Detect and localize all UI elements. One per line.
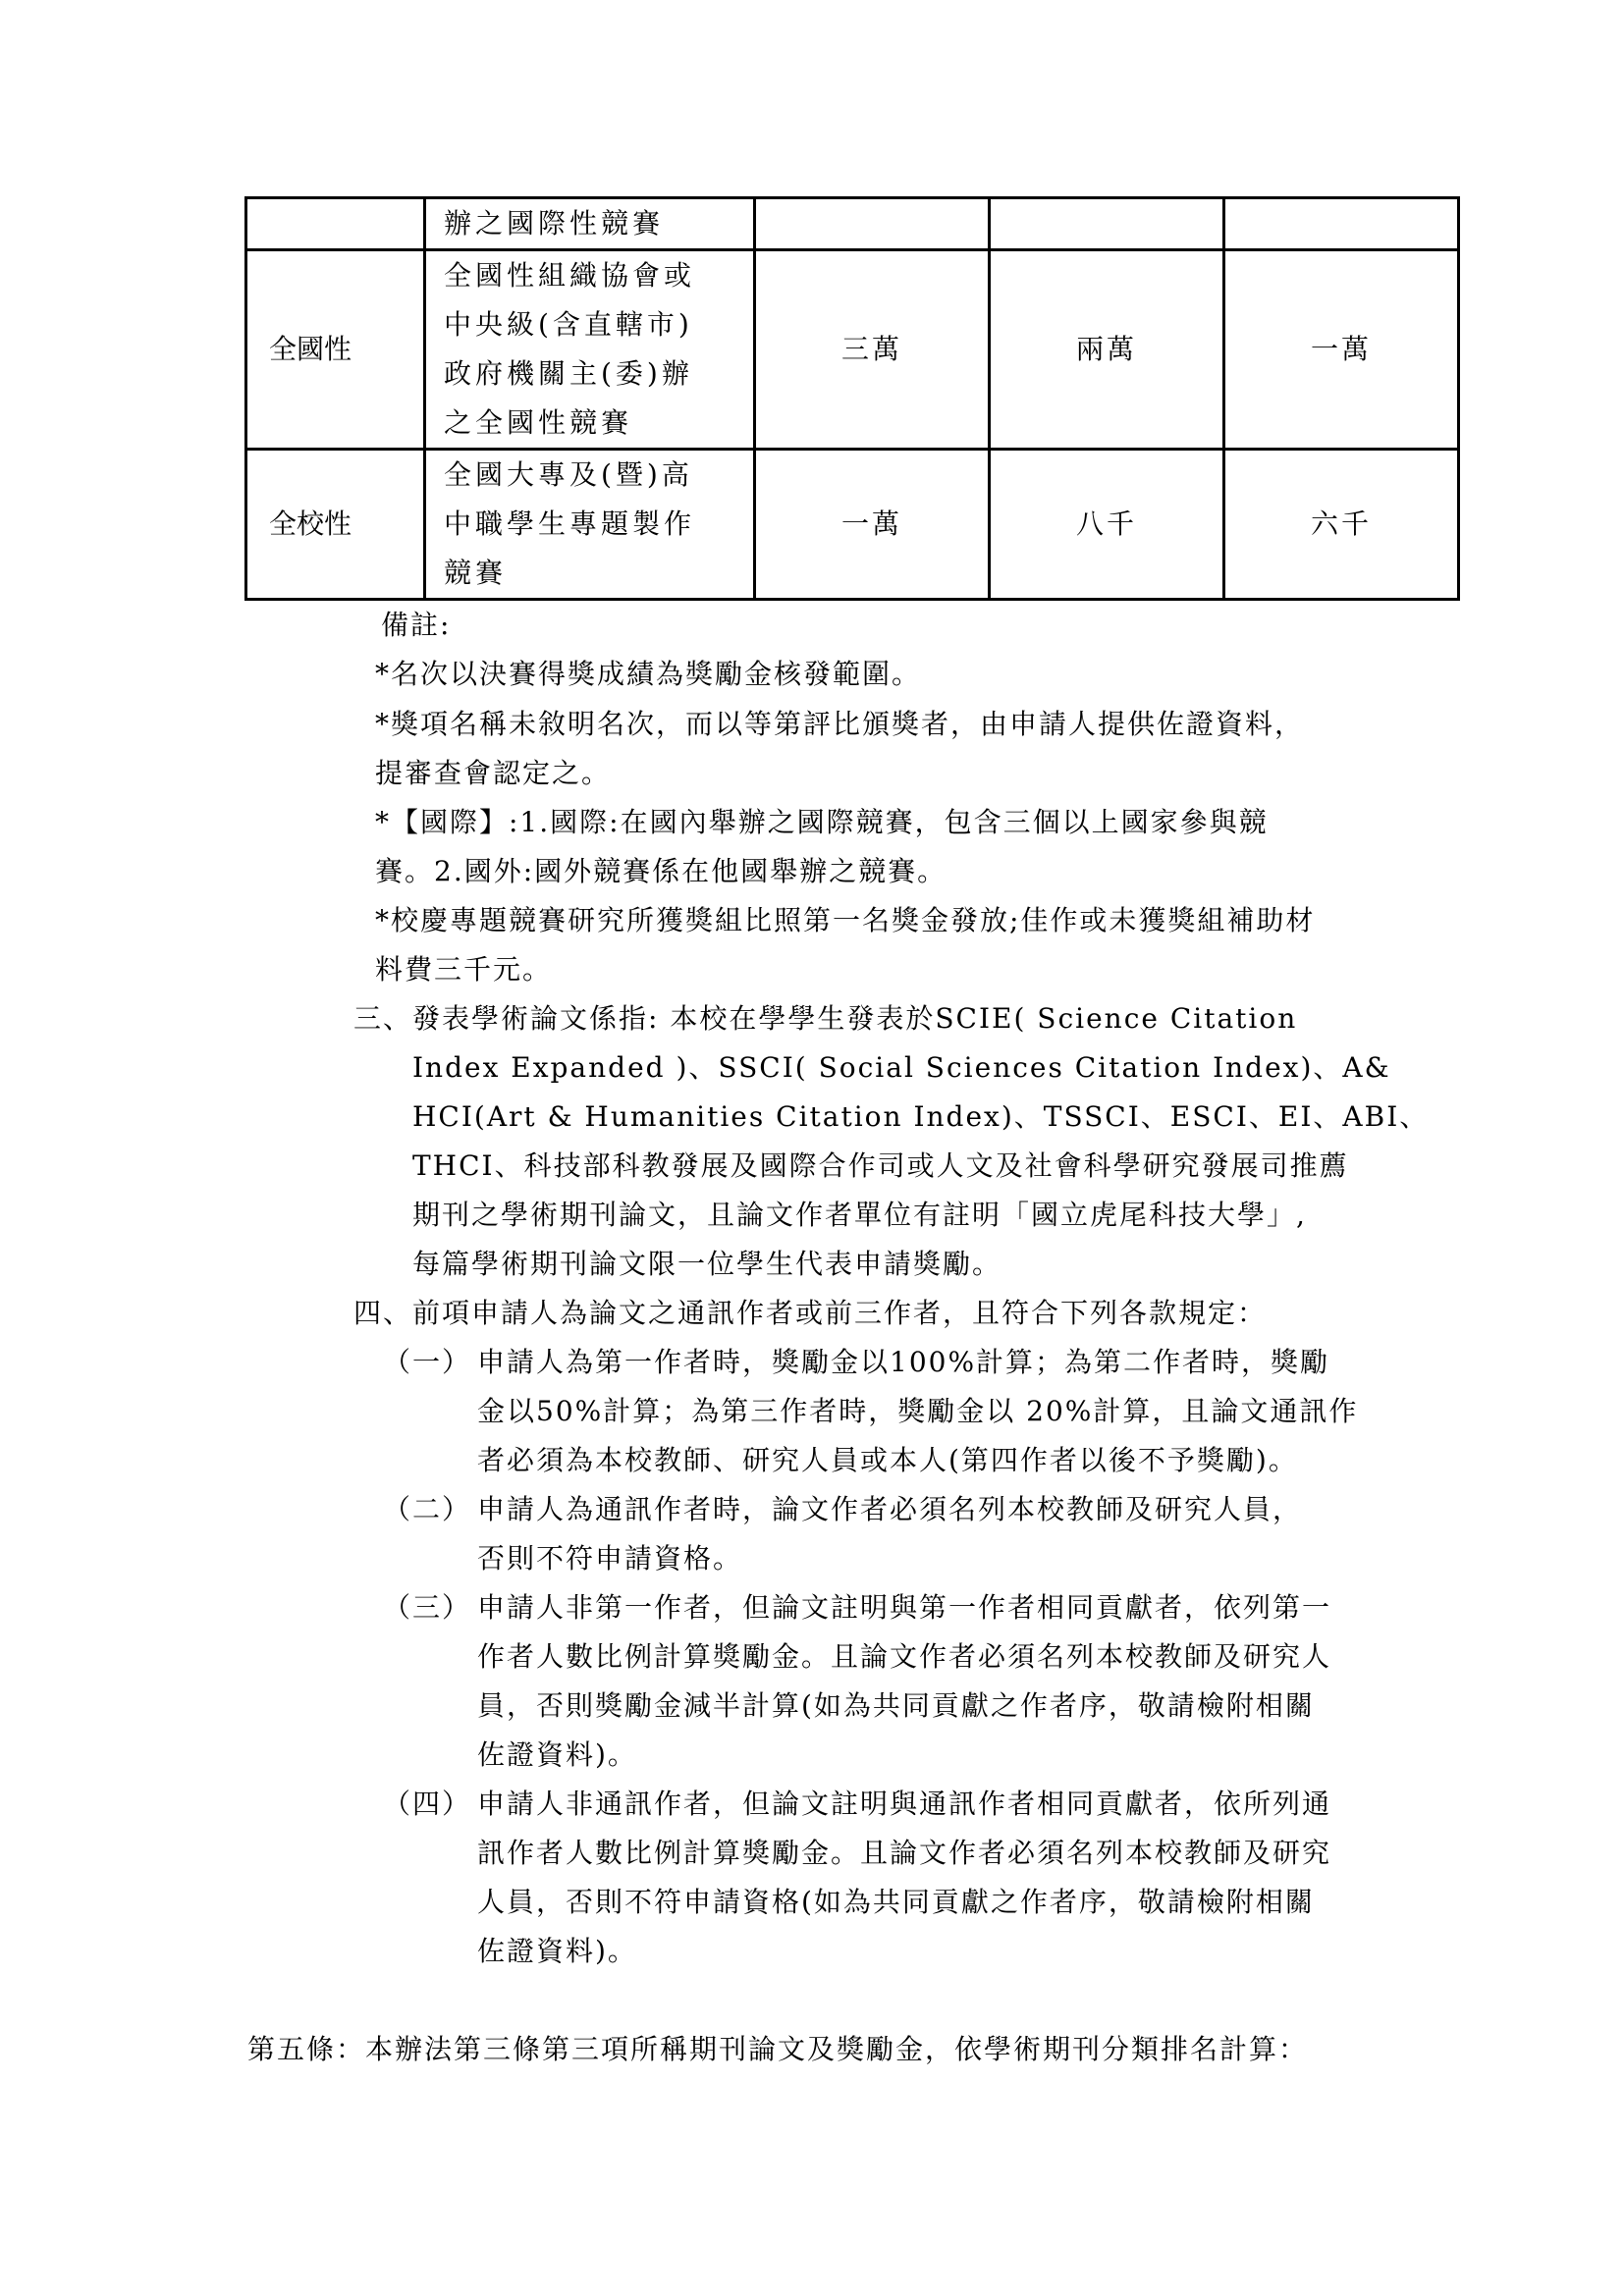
second-place-cell — [990, 198, 1224, 250]
level-cell — [246, 198, 425, 250]
clause-line: 申請人非通訊作者，但論文註明與通訊作者相同貢獻者，依所列通 — [477, 1780, 1331, 1829]
level-cell: 全國性 — [246, 250, 425, 450]
item3-line: 三、發表學術論文係指: 本校在學學生發表於SCIE( Science Citat… — [353, 994, 1297, 1043]
clause-label: （一） — [383, 1338, 471, 1387]
clause-line: 訊作者人數比例計算獎勵金。且論文作者必須名列本校教師及研究 — [477, 1829, 1331, 1878]
clause-line: 佐證資料)。 — [477, 1731, 637, 1780]
description-cell: 辦之國際性競賽 — [425, 198, 755, 250]
clause-label: （三） — [383, 1583, 471, 1632]
clause-line: 作者人數比例計算獎勵金。且論文作者必須名列本校教師及研究人 — [477, 1632, 1331, 1682]
clause-line: 人員，否則不符申請資格(如為共同貢獻之作者序，敬請檢附相關 — [477, 1878, 1315, 1927]
table-row: 全校性 全國大專及(暨)高 中職學生專題製作 競賽 一萬 八千 六千 — [246, 450, 1459, 600]
level-cell: 全校性 — [246, 450, 425, 600]
clause-line: 否則不符申請資格。 — [477, 1534, 742, 1583]
remark-line: 提審查會認定之。 — [375, 749, 611, 798]
remark-line: 料費三千元。 — [375, 945, 552, 994]
table-row: 全國性 全國性組織協會或 中央級(含直轄市) 政府機關主(委)辦 之全國性競賽 … — [246, 250, 1459, 450]
clause-line: 佐證資料)。 — [477, 1927, 637, 1976]
first-place-cell — [755, 198, 990, 250]
clause-line: 申請人非第一作者，但論文註明與第一作者相同貢獻者，依列第一 — [477, 1583, 1331, 1632]
clause-label: （二） — [383, 1485, 471, 1534]
second-place-cell: 八千 — [990, 450, 1224, 600]
item3-line: HCI(Art & Humanities Citation Index)、TSS… — [412, 1093, 1429, 1142]
third-place-cell: 一萬 — [1224, 250, 1459, 450]
clause-line: 申請人為第一作者時，獎勵金以100%計算；為第二作者時，獎勵 — [477, 1338, 1329, 1387]
remark-line: *獎項名稱未敘明名次，而以等第評比頒獎者，由申請人提供佐證資料， — [375, 700, 1304, 749]
clause-label: （四） — [383, 1780, 471, 1829]
third-place-cell — [1224, 198, 1459, 250]
description-cell: 全國大專及(暨)高 中職學生專題製作 競賽 — [425, 450, 755, 600]
remark-line: *校慶專題競賽研究所獲獎組比照第一名獎金發放;佳作或未獲獎組補助材 — [375, 896, 1315, 945]
item3-line: THCI、科技部科教發展及國際合作司或人文及社會科學研究發展司推薦 — [412, 1142, 1349, 1191]
item3-line: 期刊之學術期刊論文，且論文作者單位有註明「國立虎尾科技大學」, — [412, 1191, 1307, 1240]
description-cell: 全國性組織協會或 中央級(含直轄市) 政府機關主(委)辦 之全國性競賽 — [425, 250, 755, 450]
item4-heading: 四、前項申請人為論文之通訊作者或前三作者，且符合下列各款規定： — [353, 1289, 1267, 1338]
clause-line: 金以50%計算；為第三作者時，獎勵金以 20%計算，且論文通訊作 — [477, 1387, 1358, 1436]
second-place-cell: 兩萬 — [990, 250, 1224, 450]
first-place-cell: 一萬 — [755, 450, 990, 600]
document-page: 辦之國際性競賽 全國性 全國性組織協會或 中央級(含直轄市) 政府機關主(委)辦… — [0, 0, 1624, 2296]
table-row: 辦之國際性競賽 — [246, 198, 1459, 250]
article5-heading: 第五條：本辦法第三條第三項所稱期刊論文及獎勵金，依學術期刊分類排名計算： — [247, 2025, 1308, 2074]
remarks-heading: 備註: — [381, 601, 451, 650]
remark-line: 賽。2.國外:國外競賽係在他國舉辦之競賽。 — [375, 847, 947, 896]
first-place-cell: 三萬 — [755, 250, 990, 450]
clause-line: 者必須為本校教師、研究人員或本人(第四作者以後不予獎勵)。 — [477, 1436, 1298, 1485]
third-place-cell: 六千 — [1224, 450, 1459, 600]
item3-line: 每篇學術期刊論文限一位學生代表申請獎勵。 — [412, 1240, 1001, 1289]
remark-line: *【國際】:1.國際:在國內舉辦之國際競賽，包含三個以上國家參與競 — [375, 798, 1269, 847]
clause-line: 申請人為通訊作者時，論文作者必須名列本校教師及研究人員， — [477, 1485, 1302, 1534]
award-amount-table: 辦之國際性競賽 全國性 全國性組織協會或 中央級(含直轄市) 政府機關主(委)辦… — [244, 196, 1460, 601]
item3-line: Index Expanded )、SSCI( Social Sciences C… — [412, 1043, 1391, 1093]
remark-line: *名次以決賽得獎成績為獎勵金核發範圍。 — [375, 650, 921, 699]
clause-line: 員，否則獎勵金減半計算(如為共同貢獻之作者序，敬請檢附相關 — [477, 1682, 1315, 1731]
